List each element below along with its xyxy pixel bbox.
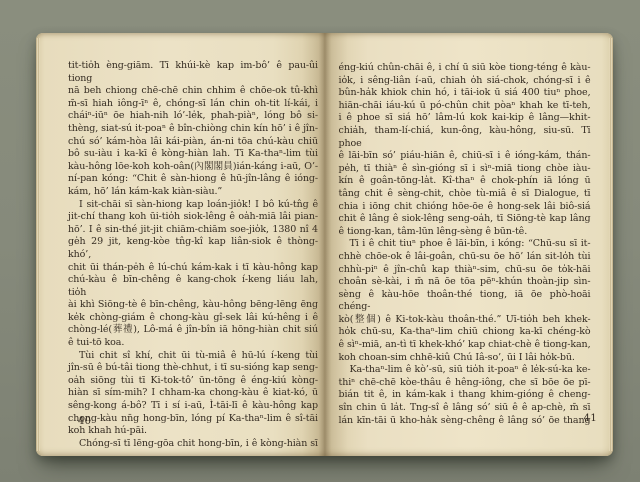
text-line: chit ê lâng ê siok-lêng seng-oa̍h, tī Si…: [339, 213, 591, 226]
text-line: thiⁿ chē-chē kòe-thâu ê hêng-iông, che s…: [339, 377, 591, 390]
text-line: chhè chōe-ok ê lâi-goân, chū-su ōe hō’ l…: [339, 251, 591, 264]
text-line: ho̍k chū-su, Ka-thaⁿ-lim chiū chiong ka-…: [339, 326, 591, 339]
text-line: ê sìⁿ-miā, an-tì tī khek-khó’ kap chiat-…: [339, 339, 591, 352]
open-book: tit-tio̍h èng-giām. Tī khúi-kè kap im-bô…: [36, 33, 613, 456]
text-line: lán kīn-tāi ū kho-ha̍k sèng-chêng ê lâng…: [339, 415, 591, 428]
book-page-right: éng-kiú chûn-chāi ê, i chí ū siū kòe tio…: [325, 33, 614, 456]
text-line: ê lāi-bīn só’ piáu-hiān ê, chiū-sī i ê i…: [339, 150, 591, 163]
text-line: ê tui-tō koa.: [68, 337, 318, 350]
text-line: ke̍k chòng-giám ê chong-kàu gî-sek lâi k…: [68, 312, 318, 325]
text-line: chòng-lé(葬禮), Lô-má ê jîn-bîn iā hōng-hi…: [68, 324, 318, 337]
text-line: tit-tio̍h èng-giām. Tī khúi-kè kap im-bô…: [68, 60, 318, 85]
text-line: chong-kàu nn̄g hong-bīn, lóng pí Ka-thaⁿ…: [68, 413, 318, 426]
text-line: bûn-ha̍k khiok chin hó, i tāi-iok ū siá …: [339, 87, 591, 100]
page-number-left: 40: [78, 416, 91, 427]
text-line: cháiⁿ-iūⁿ ōe hiah-nih ló’-le̍k, phah-pià…: [68, 110, 318, 123]
text-line: I sit-chāi sī sàn-hiong kap loán-jio̍k! …: [68, 199, 318, 212]
text-line: chia̍h, tham-lí-chiá, kun-ông, kàu-hông,…: [339, 125, 591, 150]
text-line: Tī i ê chit tiuⁿ phoe ê lāi-bīn, i kóng:…: [339, 238, 591, 251]
text-line: Chóng-sī tī lēng-gōa chit hong-bīn, i ê …: [68, 438, 318, 451]
text-line: kò(整個) ê Ki-tok-kàu thoân-thé.” Uī-tio̍h…: [339, 314, 591, 327]
text-line: koh khah hú-pāi.: [68, 425, 318, 438]
page-stack-edge: [36, 38, 40, 451]
left-page-text: tit-tio̍h èng-giām. Tī khúi-kè kap im-bô…: [68, 60, 318, 450]
text-line: hō’. I ê sin-thé jit-jit chiām-chiām soe…: [68, 224, 318, 237]
photo-background: tit-tio̍h èng-giām. Tī khúi-kè kap im-bô…: [0, 0, 640, 482]
text-line: ge̍h 29 jit, keng-kòe tn̂g-kî kap liân-s…: [68, 236, 318, 261]
text-line: ní-pan kóng: “Chit ê sàn-hiong ê hū-jîn-…: [68, 173, 318, 186]
text-line: kám, hō’ lán kám-kak kiàn-siàu.”: [68, 186, 318, 199]
text-line: kàu-hông lōe-koh koh-oân(內閣閣員)ián-káng i…: [68, 161, 318, 174]
text-line: chia i iōng chit chióng hōe-ōe ê hong-se…: [339, 201, 591, 214]
page-stack-edge: [609, 38, 613, 451]
text-line: Tùi chit sî khí, chit ūi tù-miâ ê hū-lú …: [68, 350, 318, 363]
page-number-right: 41: [584, 413, 597, 424]
text-line: sîn chin ū la̍t. Tng-sî ê lâng só’ siū ê…: [339, 402, 591, 415]
right-page-text: éng-kiú chûn-chāi ê, i chí ū siū kòe tio…: [339, 62, 591, 427]
text-line: sêng-kong á-bô? Tī i sí i-aū, Ì-tāi-lī ê…: [68, 400, 318, 413]
text-line: hiān-chāi iáu-kú ū pó-chûn chit pòaⁿ kha…: [339, 100, 591, 113]
text-line: thèng, siat-sú it-poaⁿ ê bîn-chiòng chin…: [68, 123, 318, 136]
text-line: hiàn sī sím-mih? I chham-ka chong-kàu ê …: [68, 387, 318, 400]
text-line: ê tiong-kan, tâm-lūn lêng-sèng ê būn-tê.: [339, 226, 591, 239]
text-line: nā beh chiong chē-chē chin chhim ê chōe-…: [68, 85, 318, 98]
text-line: i ê phoe sī siá hō’ lâm-lú kok kai-kip ê…: [339, 112, 591, 125]
text-line: oa̍h siōng tùi tī Ki-tok-tô’ ūn-tōng ê é…: [68, 375, 318, 388]
text-line: kín ê goân-tōng-la̍t. Kî-thaⁿ ê chok-phí…: [339, 175, 591, 188]
text-line: choân sè-kài, i m̄ nā ōe tōa pēⁿ-khún th…: [339, 276, 591, 289]
text-line: m̄-sī hiah iông-īⁿ ê, chóng-sī lán chin …: [68, 98, 318, 111]
text-line: jîn-sū ê bú-tâi tiong thè-chhut, i tī su…: [68, 362, 318, 375]
text-line: chú só’ kám-hòa lâi kái-piàn, án-ni tōa …: [68, 136, 318, 149]
text-line: jit-chí thang koh ūi-tio̍h siok-lêng ê o…: [68, 211, 318, 224]
text-line: bián tit ê, in kám-kak i thang khim-gión…: [339, 389, 591, 402]
text-line: io̍k, i sêng-liân í-aū, chiah o̍h siá-ch…: [339, 75, 591, 88]
text-line: chú-kàu ê bīn-chêng ê kang-chok í-keng l…: [68, 274, 318, 299]
text-line: chhù-piⁿ ê jîn-chû kap thiàⁿ-sim, chū-su…: [339, 264, 591, 277]
text-line: bô su-iàu i ka-kī ê kòng-hiàn lah. Tī Ka…: [68, 148, 318, 161]
book-page-left: tit-tio̍h èng-giām. Tī khúi-kè kap im-bô…: [36, 33, 325, 456]
text-line: chit ūi thán-pe̍h ê lú-chú kám-kak i tī …: [68, 262, 318, 275]
text-line: sèng ê kàu-hōe thoân-thé tiong, iā ōe ph…: [339, 289, 591, 314]
text-line: tâng chit ê sèng-chit, chòe tù-miâ ê sī …: [339, 188, 591, 201]
text-line: Ka-thaⁿ-lim ê kò’-sū, siū tio̍h it-poaⁿ …: [339, 364, 591, 377]
text-line: éng-kiú chûn-chāi ê, i chí ū siū kòe tio…: [339, 62, 591, 75]
text-line: pe̍h, tī thiàⁿ ê sìn-gióng sī i sìⁿ-miā …: [339, 163, 591, 176]
text-line: ài khì Siōng-tè ê bīn-chêng, kàu-hông bē…: [68, 299, 318, 312]
text-line: koh choan-sim chhē-kiû Chú Iâ-so’, ūi I …: [339, 352, 591, 365]
